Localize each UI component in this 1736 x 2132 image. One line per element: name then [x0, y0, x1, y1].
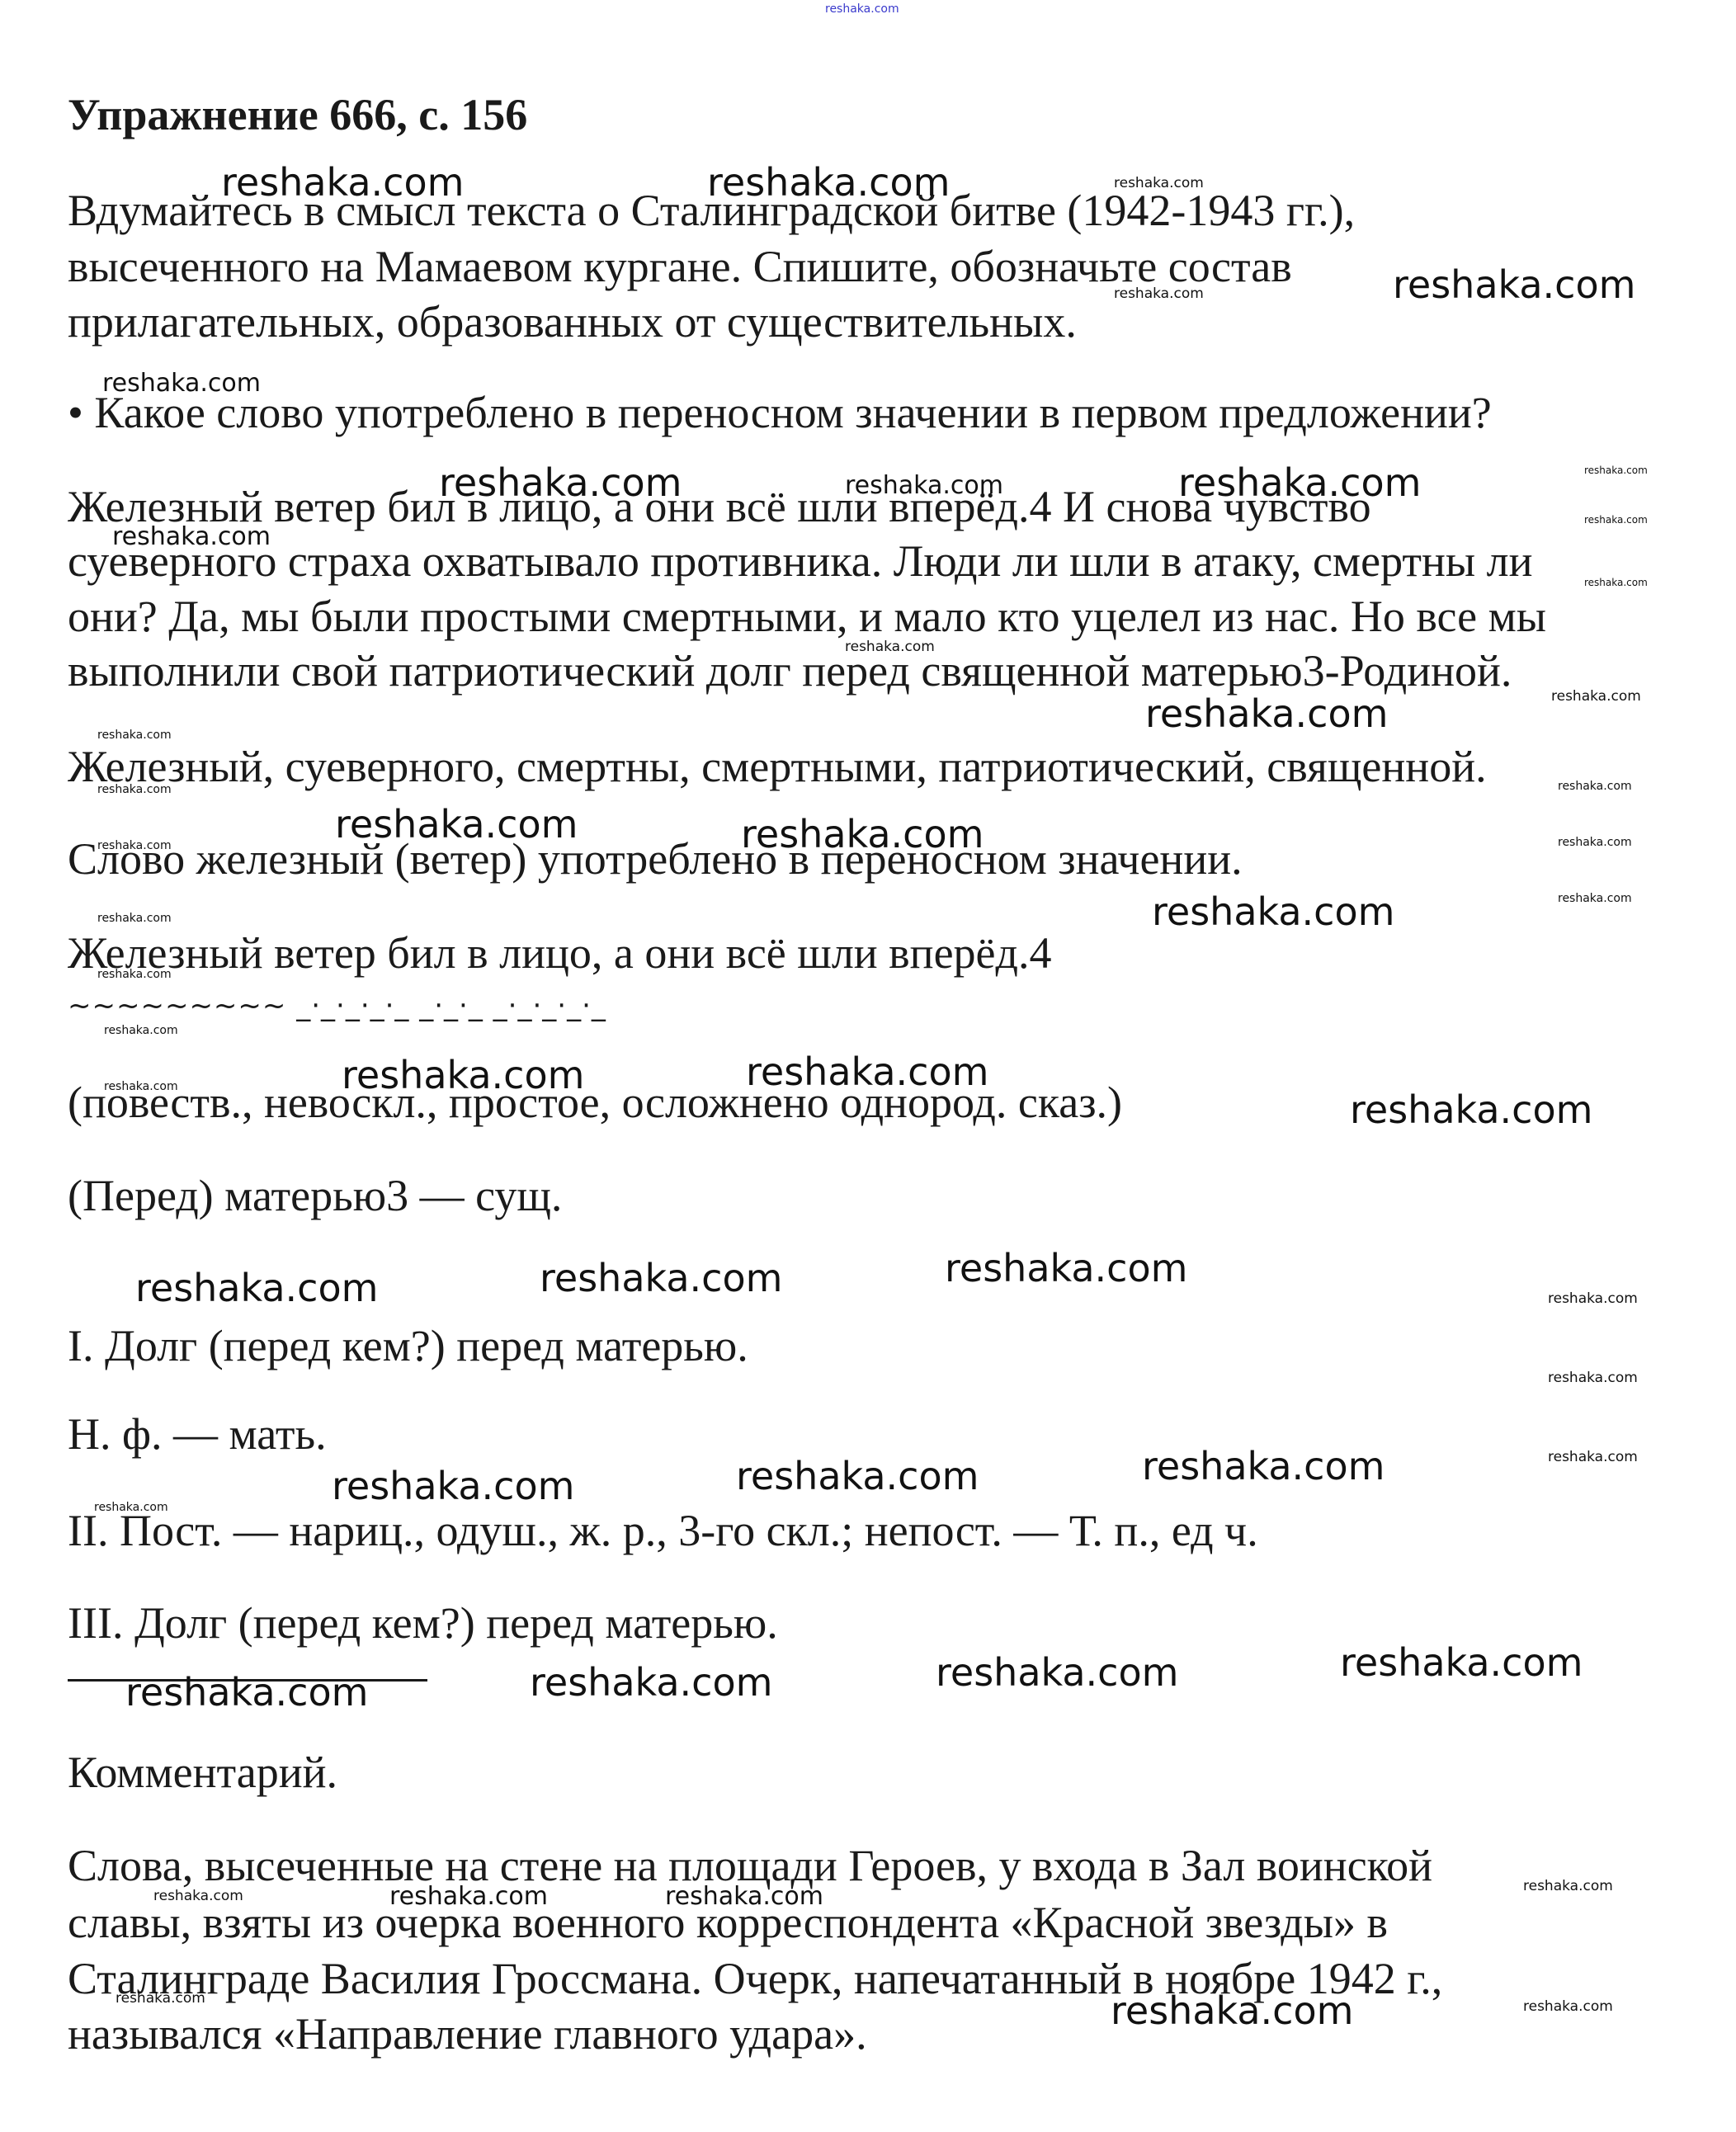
quote-line: суеверного страха охватывало противника.… — [68, 539, 1533, 583]
watermark: reshaka.com — [540, 1259, 782, 1297]
quote-line: выполнили свой патриотический долг перед… — [68, 649, 1512, 693]
watermark: reshaka.com — [1145, 695, 1388, 733]
watermark: reshaka.com — [1152, 893, 1394, 931]
watermark: reshaka.com — [97, 784, 172, 795]
morph-initial-form: Н. ф. — мать. — [68, 1412, 327, 1456]
watermark: reshaka.com — [1548, 1450, 1638, 1465]
watermark: reshaka.com — [1548, 1371, 1638, 1385]
watermark: reshaka.com — [1551, 690, 1641, 704]
site-mark: reshaka.com — [825, 3, 899, 15]
watermark: reshaka.com — [1142, 1447, 1385, 1485]
watermark: reshaka.com — [736, 1457, 979, 1495]
watermark: reshaka.com — [102, 371, 261, 396]
watermark: reshaka.com — [221, 163, 464, 201]
watermark: reshaka.com — [153, 1889, 243, 1903]
watermark: reshaka.com — [936, 1653, 1178, 1691]
watermark: reshaka.com — [1114, 177, 1204, 191]
morph-step-3: III. Долг (перед кем?) перед матерью. — [68, 1601, 778, 1645]
watermark: reshaka.com — [97, 729, 172, 741]
watermark: reshaka.com — [104, 1081, 178, 1092]
syntax-underline: ~~~~~~~~~ _·_·_·_·_ _·_·_ _·_·_·_·_ — [68, 992, 606, 1020]
watermark: reshaka.com — [1584, 515, 1648, 525]
task-question: • Какое слово употреблено в переносном з… — [68, 390, 1492, 435]
watermark: reshaka.com — [665, 1884, 823, 1909]
watermark: reshaka.com — [112, 525, 271, 550]
comment-line: Слова, высеченные на стене на площади Ге… — [68, 1843, 1432, 1888]
watermark: reshaka.com — [1523, 1880, 1613, 1894]
watermark: reshaka.com — [1114, 287, 1204, 301]
watermark: reshaka.com — [1558, 893, 1632, 904]
watermark: reshaka.com — [332, 1467, 574, 1505]
morph-title: (Перед) матерью3 — сущ. — [68, 1173, 562, 1218]
watermark: reshaka.com — [389, 1884, 548, 1909]
watermark: reshaka.com — [1558, 781, 1632, 792]
watermark: reshaka.com — [135, 1269, 378, 1307]
parsed-sentence: Железный ветер бил в лицо, а они всё шли… — [68, 931, 1051, 975]
watermark: reshaka.com — [116, 1992, 205, 2006]
watermark: reshaka.com — [1523, 2000, 1613, 2014]
adjectives-list: Железный, суеверного, смертны, смертными… — [68, 744, 1487, 789]
watermark: reshaka.com — [97, 969, 172, 980]
watermark: reshaka.com — [746, 1053, 988, 1091]
comment-heading: Комментарий. — [68, 1750, 337, 1795]
watermark: reshaka.com — [741, 815, 984, 853]
watermark: reshaka.com — [530, 1663, 772, 1701]
watermark: reshaka.com — [845, 474, 1003, 498]
watermark: reshaka.com — [342, 1056, 584, 1094]
watermark: reshaka.com — [1350, 1091, 1592, 1129]
watermark: reshaka.com — [1178, 464, 1421, 502]
watermark: reshaka.com — [1393, 266, 1635, 304]
morph-step-1: I. Долг (перед кем?) перед матерью. — [68, 1323, 748, 1368]
watermark: reshaka.com — [97, 913, 172, 924]
exercise-title: Упражнение 666, с. 156 — [68, 92, 527, 137]
watermark: reshaka.com — [125, 1673, 368, 1711]
watermark: reshaka.com — [1558, 837, 1632, 848]
watermark: reshaka.com — [94, 1502, 168, 1513]
watermark: reshaka.com — [97, 840, 172, 851]
comment-line: назывался «Направление главного удара». — [68, 2012, 867, 2056]
watermark: reshaka.com — [1584, 578, 1648, 587]
watermark: reshaka.com — [1340, 1644, 1583, 1682]
task-line: высеченного на Мамаевом кургане. Спишите… — [68, 244, 1292, 289]
watermark: reshaka.com — [845, 640, 935, 654]
watermark: reshaka.com — [439, 464, 682, 502]
figurative-note: Слово железный (ветер) употреблено в пер… — [68, 837, 1243, 881]
morph-step-2: II. Пост. — нариц., одуш., ж. р., 3-го с… — [68, 1508, 1258, 1553]
watermark: reshaka.com — [707, 163, 950, 201]
watermark: reshaka.com — [335, 805, 578, 843]
watermark: reshaka.com — [1548, 1292, 1638, 1306]
watermark: reshaka.com — [1111, 1992, 1353, 2030]
task-line: прилагательных, образованных от существи… — [68, 300, 1077, 344]
watermark: reshaka.com — [1584, 465, 1648, 475]
watermark: reshaka.com — [104, 1025, 178, 1036]
watermark: reshaka.com — [945, 1249, 1187, 1287]
quote-line: они? Да, мы были простыми смертными, и м… — [68, 594, 1546, 639]
